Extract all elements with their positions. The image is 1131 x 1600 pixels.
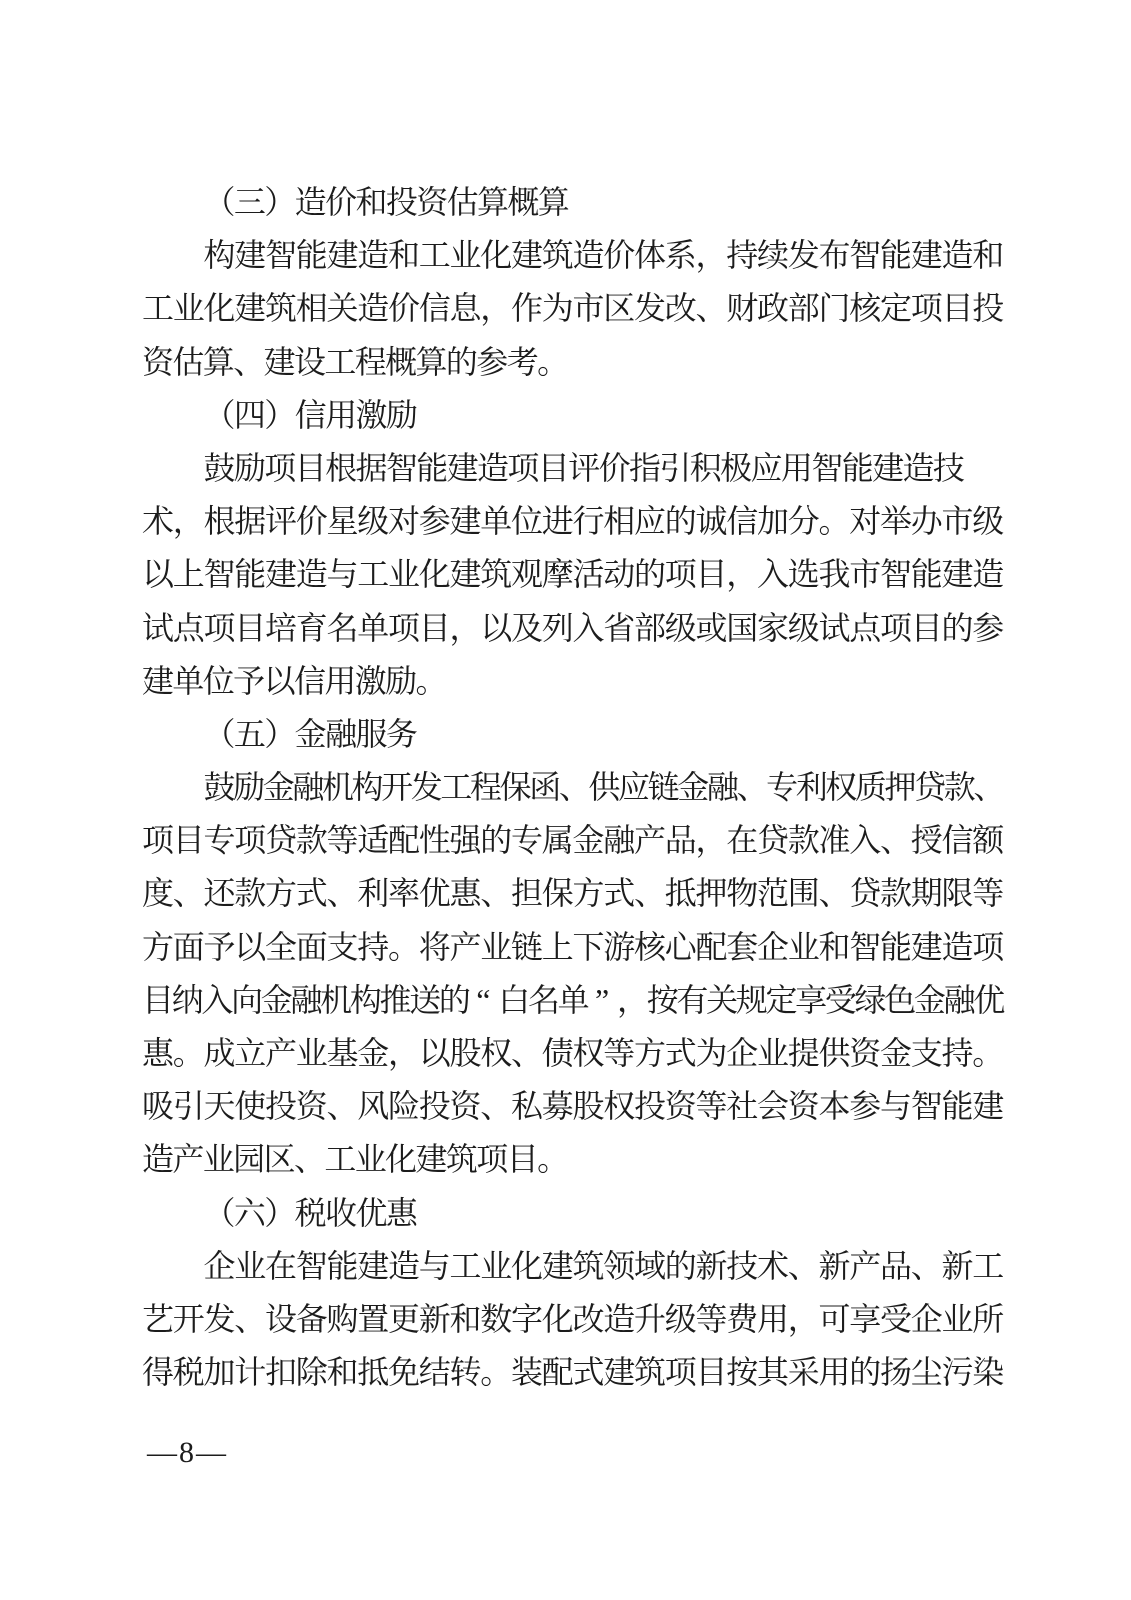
- char: 励: [233, 761, 263, 814]
- char: 置: [357, 1293, 388, 1346]
- char: 融: [292, 761, 322, 814]
- char: 试: [819, 602, 850, 655]
- char: 市: [942, 495, 973, 548]
- char: 业: [942, 1293, 973, 1346]
- char: 构: [350, 974, 380, 1027]
- char: 目: [295, 442, 325, 495]
- char: 产: [265, 1027, 296, 1080]
- char: 位: [203, 655, 233, 708]
- char: 专: [511, 814, 542, 867]
- char: 单: [558, 974, 588, 1027]
- char: 目: [173, 814, 204, 867]
- char: 机: [322, 761, 352, 814]
- char: 目: [696, 548, 727, 601]
- char: 概: [507, 176, 537, 229]
- char: 业: [480, 921, 511, 974]
- char: 考: [507, 336, 537, 389]
- char: 的: [480, 814, 511, 867]
- char: 数: [480, 1293, 511, 1346]
- char: 险: [388, 1080, 419, 1133]
- char: 开: [381, 761, 411, 814]
- char: 价: [603, 229, 634, 282]
- char: 惠: [450, 867, 481, 920]
- char: 发: [788, 229, 819, 282]
- char: 和: [819, 921, 850, 974]
- char: 鼓: [204, 442, 234, 495]
- char: ）: [264, 389, 294, 442]
- char: 目: [234, 602, 265, 655]
- char: 为: [696, 1027, 727, 1080]
- char: 建: [447, 442, 477, 495]
- char: 名: [327, 602, 358, 655]
- char: 金: [914, 974, 944, 1027]
- char: 除: [296, 1346, 327, 1399]
- char: 续: [757, 229, 788, 282]
- char: 押: [696, 867, 727, 920]
- char: 参: [972, 602, 1003, 655]
- char: （: [204, 708, 234, 761]
- char: 智: [386, 442, 416, 495]
- char: 术: [142, 495, 173, 548]
- char: 受: [825, 974, 855, 1027]
- char: 业: [173, 282, 204, 335]
- char: 造: [573, 229, 604, 282]
- text-line: 试点项目培育名单项目，以及列入省部级或国家级试点项目的参: [142, 602, 1003, 655]
- char: 方: [265, 867, 296, 920]
- char: 资: [416, 176, 446, 229]
- char: 新: [942, 1240, 973, 1293]
- char: ）: [264, 708, 294, 761]
- char: 名: [528, 974, 558, 1027]
- char: 为: [542, 282, 573, 335]
- char: 工: [450, 1240, 481, 1293]
- char: 用: [781, 442, 811, 495]
- char: 。: [972, 1027, 1003, 1080]
- char: 金: [677, 761, 707, 814]
- char: 购: [327, 1293, 358, 1346]
- char: 应: [618, 761, 648, 814]
- char: 建: [872, 442, 902, 495]
- char: 信: [295, 389, 325, 442]
- char: 省: [603, 602, 634, 655]
- char: 色: [884, 974, 914, 1027]
- char: 资: [849, 1027, 880, 1080]
- char: 建: [450, 495, 481, 548]
- char: 款: [944, 761, 974, 814]
- char: 和: [972, 229, 1003, 282]
- char: 市: [573, 282, 604, 335]
- char: ，: [696, 229, 727, 282]
- char: 级: [665, 1293, 696, 1346]
- char: 下: [573, 921, 604, 974]
- char: 摩: [542, 548, 573, 601]
- char: 面: [296, 921, 327, 974]
- char: 育: [296, 602, 327, 655]
- char: 建: [450, 548, 481, 601]
- char: 工: [357, 548, 388, 601]
- char: 供: [819, 1027, 850, 1080]
- char: 系: [665, 229, 696, 282]
- char: 、: [233, 336, 263, 389]
- char: 部: [634, 602, 665, 655]
- char: 五: [234, 708, 264, 761]
- char: 和: [388, 229, 419, 282]
- char: 激: [355, 389, 385, 442]
- char: 性: [419, 814, 450, 867]
- char: 权: [825, 761, 855, 814]
- char: 属: [542, 814, 573, 867]
- char: 构: [352, 761, 382, 814]
- char: 建: [234, 282, 265, 335]
- char: 、: [173, 867, 204, 920]
- char: 区: [264, 1133, 294, 1186]
- char: 建: [972, 1080, 1003, 1133]
- char: 提: [788, 1027, 819, 1080]
- char: 价: [388, 282, 419, 335]
- char: 贷: [849, 867, 880, 920]
- char: 四: [234, 389, 264, 442]
- char: 率: [388, 867, 419, 920]
- char: 款: [296, 814, 327, 867]
- char: 单: [480, 495, 511, 548]
- char: 、: [327, 1080, 358, 1133]
- char: 概: [385, 336, 415, 389]
- char: 业: [757, 1027, 788, 1080]
- char: 造: [603, 1293, 634, 1346]
- char: 建: [911, 229, 942, 282]
- char: 融: [325, 708, 355, 761]
- char: 企: [757, 921, 788, 974]
- char: 融: [707, 761, 737, 814]
- char: 融: [944, 974, 974, 1027]
- char: 抵: [665, 867, 696, 920]
- char: 式: [603, 867, 634, 920]
- char: 利: [357, 867, 388, 920]
- char: 、: [788, 1240, 819, 1293]
- char: 权: [603, 1080, 634, 1133]
- char: 业: [355, 1133, 385, 1186]
- char: 业: [450, 229, 481, 282]
- char: 用: [757, 1293, 788, 1346]
- char: 能: [942, 1080, 973, 1133]
- char: 单: [172, 655, 202, 708]
- char: 供: [588, 761, 618, 814]
- char: 业: [203, 1133, 233, 1186]
- char: 产: [849, 1240, 880, 1293]
- char: 激: [355, 655, 385, 708]
- char: 极: [720, 442, 750, 495]
- char: 采: [788, 1346, 819, 1399]
- text-line: 鼓励金融机构开发工程保函、供应链金融、专利权质押贷款、: [142, 761, 1003, 814]
- char: 能: [880, 921, 911, 974]
- char: 与: [880, 1080, 911, 1133]
- char: 点: [173, 602, 204, 655]
- char: 国: [726, 602, 757, 655]
- char: 参: [849, 1080, 880, 1133]
- char: 以: [480, 602, 511, 655]
- char: 惠: [386, 1187, 416, 1240]
- char: 、: [634, 867, 665, 920]
- text-line: 目纳入向金融机构推送的“白名单”，按有关规定享受绿色金融优: [142, 974, 1003, 1027]
- char: 价: [599, 442, 629, 495]
- char: 建: [142, 655, 172, 708]
- text-line: 得税加计扣除和抵免结转。装配式建筑项目按其采用的扬尘污染: [142, 1346, 1003, 1399]
- char: 引: [173, 1080, 204, 1133]
- char: 立: [234, 1027, 265, 1080]
- char: 的: [634, 548, 665, 601]
- char: 相: [296, 282, 327, 335]
- char: 举: [880, 495, 911, 548]
- char: 、: [736, 761, 766, 814]
- char: 业: [388, 548, 419, 601]
- char: 债: [542, 1027, 573, 1080]
- char: 三: [234, 176, 264, 229]
- char: 估: [172, 336, 202, 389]
- char: 目: [142, 974, 172, 1027]
- char: 项: [234, 814, 265, 867]
- char: 试: [142, 602, 173, 655]
- char: 基: [327, 1027, 358, 1080]
- char: 产: [172, 1133, 202, 1186]
- char: 资: [665, 1080, 696, 1133]
- char: 成: [204, 1027, 235, 1080]
- char: 新: [696, 1240, 727, 1293]
- char: 引: [659, 442, 689, 495]
- char: 程: [470, 761, 500, 814]
- char: 造: [142, 1133, 172, 1186]
- char: 投: [386, 176, 416, 229]
- char: 募: [542, 1080, 573, 1133]
- char: 等: [327, 814, 358, 867]
- char: 、: [559, 761, 589, 814]
- char: 项: [665, 548, 696, 601]
- char: 染: [972, 1346, 1003, 1399]
- char: 款: [234, 867, 265, 920]
- char: 金: [295, 708, 325, 761]
- char: 全: [265, 921, 296, 974]
- char: 工: [324, 1133, 354, 1186]
- char: 定: [765, 974, 795, 1027]
- char: 规: [736, 974, 766, 1027]
- char: 建: [511, 229, 542, 282]
- char: 以: [234, 921, 265, 974]
- char: 入: [849, 814, 880, 867]
- char: 款: [788, 814, 819, 867]
- char: 相: [603, 495, 634, 548]
- char: 定: [880, 282, 911, 335]
- char: 算: [538, 176, 568, 229]
- char: 业: [788, 921, 819, 974]
- char: 位: [511, 495, 542, 548]
- char: 六: [234, 1187, 264, 1240]
- char: 权: [573, 1027, 604, 1080]
- char: 予: [233, 655, 263, 708]
- char: 以: [264, 655, 294, 708]
- char: ，: [173, 495, 204, 548]
- text-line: 造产业园区、工业化建筑项目。: [142, 1133, 1003, 1186]
- char: ，: [617, 974, 647, 1027]
- char: 、: [880, 814, 911, 867]
- char: 资: [296, 1080, 327, 1133]
- char: 持: [942, 1027, 973, 1080]
- char: 免: [388, 1346, 419, 1399]
- char: 、: [696, 282, 727, 335]
- section-heading: （三）造价和投资估算概算: [142, 176, 1003, 229]
- char: 。: [173, 1027, 204, 1080]
- char: 产: [450, 921, 481, 974]
- char: 贷: [914, 761, 944, 814]
- text-line: 惠。成立产业基金，以股权、债权等方式为企业提供资金支持。: [142, 1027, 1003, 1080]
- char: 优: [419, 867, 450, 920]
- char: 建: [327, 229, 358, 282]
- char: 担: [511, 867, 542, 920]
- char: 我: [819, 548, 850, 601]
- char: 金: [573, 814, 604, 867]
- char: 尘: [911, 1346, 942, 1399]
- char: 造: [357, 282, 388, 335]
- char: 关: [327, 282, 358, 335]
- char: 股: [573, 1080, 604, 1133]
- char: 的: [849, 1346, 880, 1399]
- char: 应: [634, 495, 665, 548]
- char: 化: [542, 1293, 573, 1346]
- char: 项: [911, 282, 942, 335]
- document-page: （三）造价和投资估算概算构建智能建造和工业化建筑造价体系，持续发布智能建造和工业…: [0, 0, 1131, 1600]
- text-line: 方面予以全面支持。将产业链上下游核心配套企业和智能建造项: [142, 921, 1003, 974]
- char: 算: [203, 336, 233, 389]
- char: 式: [296, 867, 327, 920]
- char: 级: [788, 602, 819, 655]
- char: 化: [480, 229, 511, 282]
- char: 发: [411, 761, 441, 814]
- char: 智: [849, 229, 880, 282]
- char: 核: [634, 921, 665, 974]
- char: 化: [419, 548, 450, 601]
- char: 技: [726, 1240, 757, 1293]
- char: 有: [676, 974, 706, 1027]
- char: 改: [665, 282, 696, 335]
- char: 融: [290, 974, 320, 1027]
- char: 建: [942, 548, 973, 601]
- char: 造: [388, 1240, 419, 1293]
- char: 函: [529, 761, 559, 814]
- text-line: 项目专项贷款等适配性强的专属金融产品，在贷款准入、授信额: [142, 814, 1003, 867]
- char: 化: [385, 1133, 415, 1186]
- char: 项: [880, 602, 911, 655]
- char: 化: [204, 282, 235, 335]
- char: 目: [911, 602, 942, 655]
- char: 送: [409, 974, 439, 1027]
- char: 点: [849, 602, 880, 655]
- char: 分: [788, 495, 819, 548]
- char: 积: [690, 442, 720, 495]
- text-line: 企业在智能建造与工业化建筑领域的新技术、新产品、新工: [142, 1240, 1003, 1293]
- char: 加: [757, 495, 788, 548]
- char: 家: [757, 602, 788, 655]
- char: 转: [450, 1346, 481, 1399]
- char: 链: [511, 921, 542, 974]
- char: 结: [419, 1346, 450, 1399]
- char: 入: [201, 974, 231, 1027]
- char: 和: [327, 1346, 358, 1399]
- char: 融: [603, 814, 634, 867]
- char: 应: [751, 442, 781, 495]
- char: 项: [388, 602, 419, 655]
- text-line: 术，根据评价星级对参建单位进行相应的诚信加分。对举办市级: [142, 495, 1003, 548]
- char: 将: [419, 921, 450, 974]
- char: 筑: [480, 548, 511, 601]
- char: 所: [972, 1293, 1003, 1346]
- char: 价: [296, 495, 327, 548]
- char: 新: [819, 1240, 850, 1293]
- char: 投: [634, 1080, 665, 1133]
- char: 心: [665, 921, 696, 974]
- char: 息: [450, 282, 481, 335]
- char: 推: [380, 974, 410, 1027]
- char: 在: [265, 1240, 296, 1293]
- char: 抵: [357, 1346, 388, 1399]
- char: 吸: [142, 1080, 173, 1133]
- char: 围: [788, 867, 819, 920]
- char: 部: [788, 282, 819, 335]
- char: 能: [416, 442, 446, 495]
- char: 造: [902, 442, 932, 495]
- char: 、: [973, 761, 1003, 814]
- char: 配: [388, 814, 419, 867]
- char: 开: [173, 1293, 204, 1346]
- char: 方: [142, 921, 173, 974]
- char: 术: [757, 1240, 788, 1293]
- char: 造: [296, 548, 327, 601]
- char: 级: [357, 495, 388, 548]
- char: 项: [142, 814, 173, 867]
- char: 关: [706, 974, 736, 1027]
- char: 。: [480, 1346, 511, 1399]
- char: ）: [264, 1187, 294, 1240]
- char: 设: [265, 1293, 296, 1346]
- char: 等: [603, 1027, 634, 1080]
- char: 会: [757, 1080, 788, 1133]
- char: 建: [264, 336, 294, 389]
- char: 方: [573, 867, 604, 920]
- char: 予: [204, 921, 235, 974]
- char: 。: [819, 495, 850, 548]
- char: 造: [942, 921, 973, 974]
- char: 保: [500, 761, 530, 814]
- section-heading: （四）信用激励: [142, 389, 1003, 442]
- char: 园: [233, 1133, 263, 1186]
- char: 用: [819, 1346, 850, 1399]
- char: （: [204, 1187, 234, 1240]
- char: 投: [265, 1080, 296, 1133]
- char: 、: [819, 867, 850, 920]
- char: 产: [634, 814, 665, 867]
- char: 款: [880, 867, 911, 920]
- char: 目: [507, 1133, 537, 1186]
- section-heading: （五）金融服务: [142, 708, 1003, 761]
- char: 信: [942, 814, 973, 867]
- char: 入: [573, 602, 604, 655]
- char: 支: [327, 921, 358, 974]
- char: ，: [480, 282, 511, 335]
- char: 和: [355, 176, 385, 229]
- char: 体: [634, 229, 665, 282]
- char: 升: [634, 1293, 665, 1346]
- char: 能: [296, 229, 327, 282]
- char: 智: [265, 229, 296, 282]
- char: 资: [788, 1080, 819, 1133]
- char: 向: [231, 974, 261, 1027]
